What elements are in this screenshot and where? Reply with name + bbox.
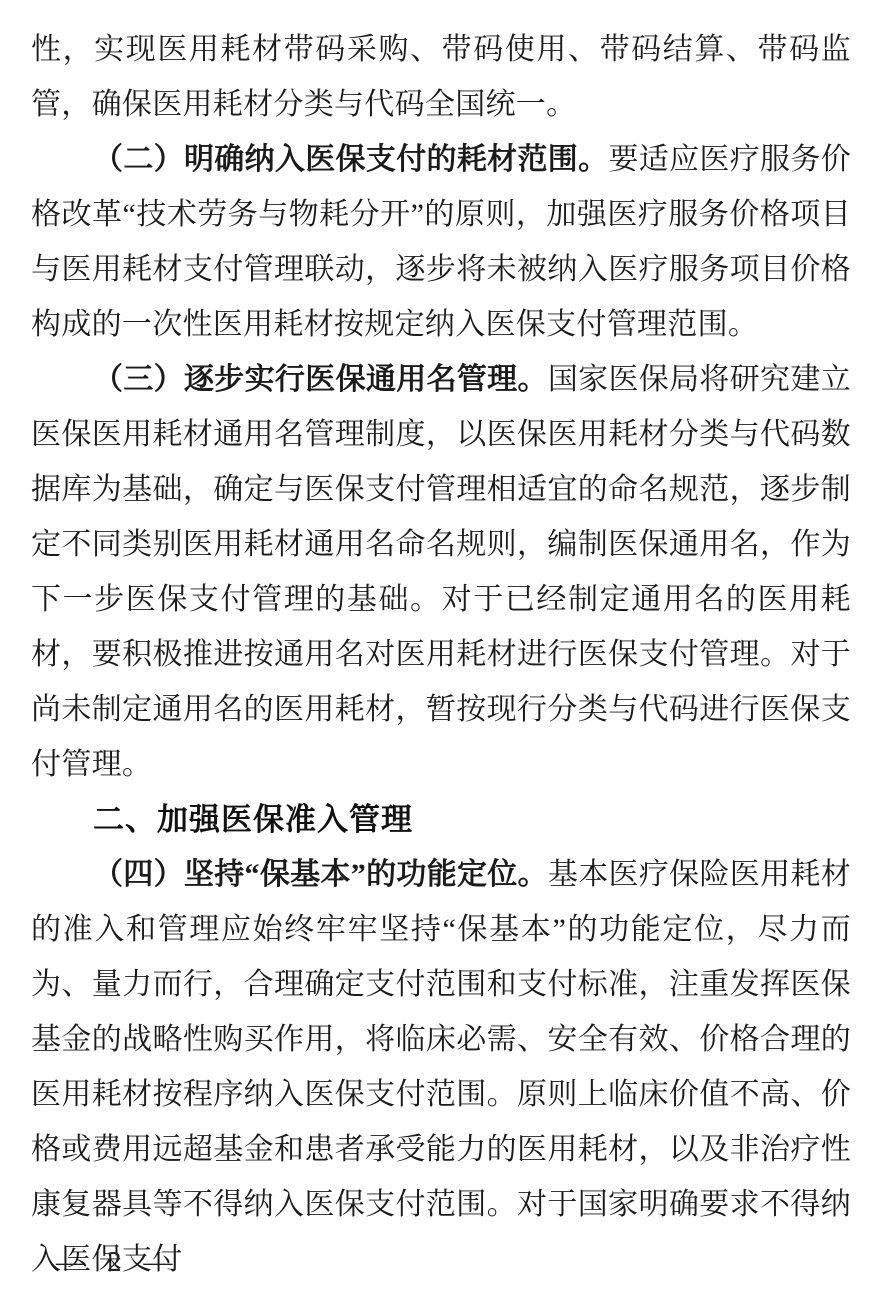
paragraph-continuation-text: 性，实现医用耗材带码采购、带码使用、带码结算、带码监管，确保医用耗材分类与代码全… xyxy=(31,33,851,121)
paragraph-item-4: （四）坚持“保基本”的功能定位。基本医疗保险医用耗材的准入和管理应始终牢牢坚持“… xyxy=(31,847,851,1287)
section-heading: 二、加强医保准入管理 xyxy=(31,792,851,847)
document-page: 性，实现医用耗材带码采购、带码使用、带码结算、带码监管，确保医用耗材分类与代码全… xyxy=(0,0,881,1295)
page-number: 2 xyxy=(107,1246,122,1278)
paragraph-item-3-lead: （三）逐步实行医保通用名管理。 xyxy=(93,363,548,396)
paragraph-item-4-lead: （四）坚持“保基本”的功能定位。 xyxy=(93,858,548,891)
document-body: 性，实现医用耗材带码采购、带码使用、带码结算、带码监管，确保医用耗材分类与代码全… xyxy=(31,22,851,1287)
paragraph-continuation: 性，实现医用耗材带码采购、带码使用、带码结算、带码监管，确保医用耗材分类与代码全… xyxy=(31,22,851,132)
paragraph-item-3-body: 国家医保局将研究建立医保医用耗材通用名管理制度，以医保医用耗材分类与代码数据库为… xyxy=(31,363,851,781)
paragraph-item-3: （三）逐步实行医保通用名管理。国家医保局将研究建立医保医用耗材通用名管理制度，以… xyxy=(31,352,851,792)
paragraph-item-4-body: 基本医疗保险医用耗材的准入和管理应始终牢牢坚持“保基本”的功能定位，尽力而为、量… xyxy=(31,858,851,1276)
paragraph-item-2: （二）明确纳入医保支付的耗材范围。要适应医疗服务价格改革“技术劳务与物耗分开”的… xyxy=(31,132,851,352)
paragraph-item-2-lead: （二）明确纳入医保支付的耗材范围。 xyxy=(93,143,608,176)
page-footer: —2— xyxy=(56,1248,173,1277)
footer-dash-right: — xyxy=(144,1246,173,1278)
footer-dash-left: — xyxy=(56,1246,85,1278)
